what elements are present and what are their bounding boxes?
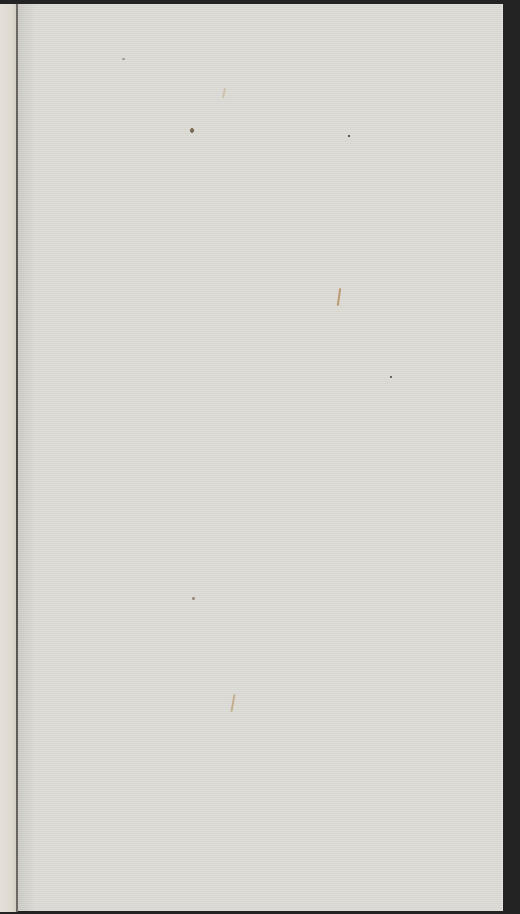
- paper-speck: [122, 58, 125, 60]
- scan-viewport: [0, 0, 520, 914]
- paper-speck: [192, 597, 195, 600]
- paper-speck: [348, 135, 350, 137]
- paper-speck: [190, 128, 194, 133]
- paper-fiber: [230, 694, 235, 712]
- paper-speck: [390, 376, 392, 378]
- paper-fiber: [337, 288, 341, 306]
- paper-fiber: [222, 88, 226, 98]
- facing-page-edge: [0, 4, 17, 912]
- blank-page: [18, 4, 503, 911]
